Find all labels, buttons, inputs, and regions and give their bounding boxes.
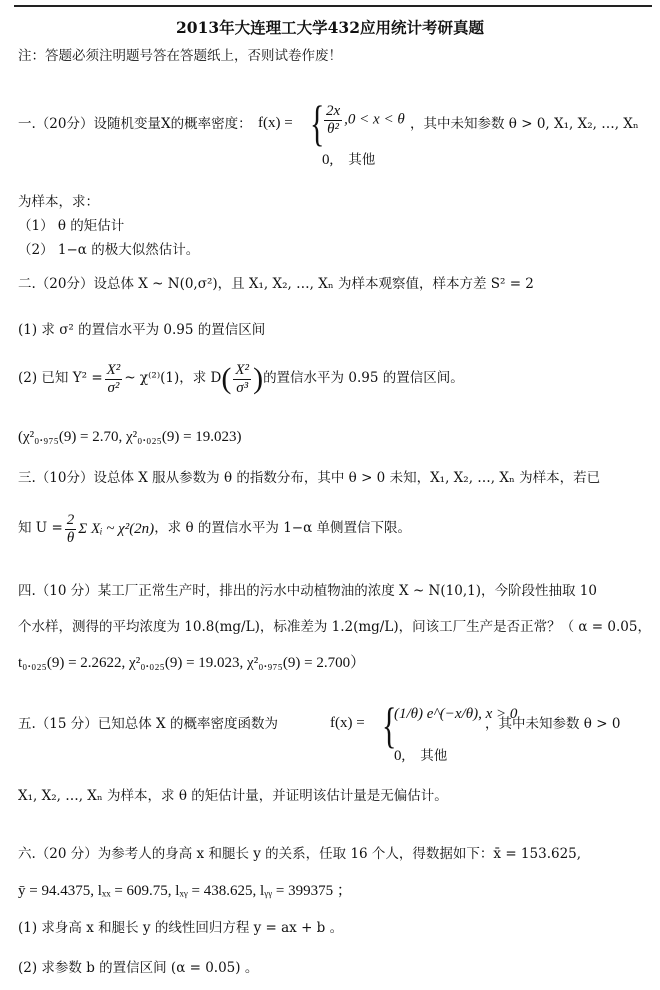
q1-case1: 2xθ²,0 < x < θ	[322, 103, 405, 137]
q1-suffix: ，其中未知参数 θ > 0, X₁, X₂, …, Xₙ	[410, 118, 639, 132]
q2-given-values: (χ²₀.₉₇₅(9) = 2.70, χ²₀.₀₂₅(9) = 19.023)	[18, 430, 242, 445]
q3-line2: 知 U = 2θ Σ Xᵢ ~ χ²(2n) ，求 θ 的置信水平为 1−α 单…	[18, 512, 411, 546]
q1-prefix: 一.（20分）设随机变量X的概率密度：	[18, 118, 252, 132]
q6-line1: 六.（20 分）为参考人的身高 x 和腿长 y 的关系，任取 16 个人，得数据…	[18, 848, 581, 862]
q6-line2: ȳ = 94.4375, lₓₓ = 609.75, lₓᵧ = 438.625…	[18, 884, 352, 899]
q5-fx: f(x) =	[330, 716, 365, 731]
q3-line1: 三.（10分）设总体 X 服从参数为 θ 的指数分布，其中 θ > 0 未知，X…	[18, 472, 600, 486]
q1-part2: （2） 1−α 的极大似然估计。	[18, 244, 199, 258]
q6-part2: (2) 求参数 b 的置信区间 (α = 0.05) 。	[18, 962, 258, 976]
q6-part1: (1) 求身高 x 和腿长 y 的线性回归方程 y = ax + b 。	[18, 922, 343, 936]
q2-line1: 二.（20分）设总体 X ~ N(0,σ²)，且 X₁, X₂, …, Xₙ 为…	[18, 278, 534, 292]
exam-note: 注：答题必须注明题号答在答题纸上，否则试卷作废！	[18, 50, 342, 64]
q1-part1: （1） θ 的矩估计	[18, 220, 124, 234]
q5-prefix: 五.（15 分）已知总体 X 的概率密度函数为	[18, 718, 278, 732]
document-title: 2013年大连理工大学432应用统计考研真题	[0, 16, 660, 38]
top-rule	[14, 5, 652, 7]
q4-line3: t₀.₀₂₅(9) = 2.2622, χ²₀.₀₂₅(9) = 19.023,…	[18, 656, 365, 671]
q4-line2: 个水样，测得的平均浓度为 10.8(mg/L)，标准差为 1.2(mg/L)，问…	[18, 621, 651, 635]
q5-suffix: ，其中未知参数 θ > 0	[485, 718, 620, 732]
q5-case2: 0, 其他	[394, 744, 447, 765]
q1-fx: f(x) =	[258, 116, 293, 131]
q1-line2: 为样本，求：	[18, 196, 99, 210]
q1-case2: 0, 其他	[322, 148, 375, 169]
q5-line2: X₁, X₂, …, Xₙ 为样本，求 θ 的矩估计量，并证明该估计量是无偏估计…	[18, 790, 448, 804]
q2-part1: (1) 求 σ² 的置信水平为 0.95 的置信区间	[18, 324, 265, 338]
q2-part2: (2) 已知 Y² = X²σ² ~ χ⁽²⁾(1)，求 D (X²σ³) 的置…	[18, 362, 464, 396]
q4-line1: 四.（10 分）某工厂正常生产时，排出的污水中动植物油的浓度 X ~ N(10,…	[18, 585, 597, 599]
